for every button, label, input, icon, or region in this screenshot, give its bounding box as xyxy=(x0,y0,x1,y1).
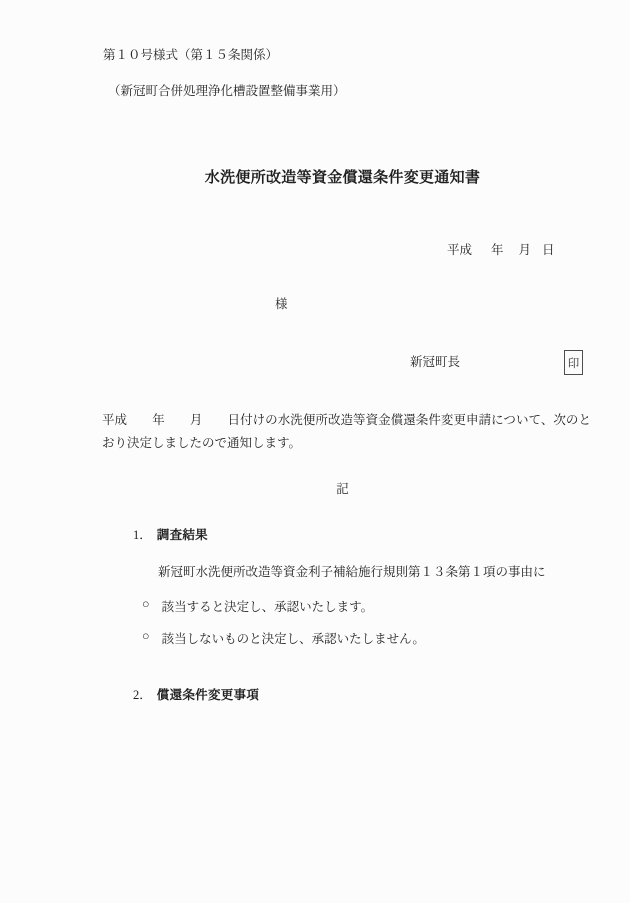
section1-number: 1． xyxy=(133,528,152,542)
form-usage-note: （新冠町合併処理浄化槽設置整備事業用） xyxy=(108,81,346,99)
section2-title: 償還条件変更事項 xyxy=(157,688,259,702)
section2-heading: 2．償還条件変更事項 xyxy=(133,685,259,703)
record-marker: 記 xyxy=(102,479,583,497)
seal-box: 印 xyxy=(564,350,583,375)
option-approve-row: ○ 該当すると決定し、承認いたします。 xyxy=(142,597,373,615)
section2-number: 2． xyxy=(133,688,152,702)
option-reject-text: 該当しないものと決定し、承認いたしません。 xyxy=(162,629,425,647)
document-title: 水洗便所改造等資金償還条件変更通知書 xyxy=(102,166,583,187)
option-approve-text: 該当すると決定し、承認いたします。 xyxy=(162,597,374,615)
notification-document-page: 第１０号様式（第１５条関係） （新冠町合併処理浄化槽設置整備事業用） 水洗便所改… xyxy=(0,0,630,903)
sender-title: 新冠町長 xyxy=(410,352,460,370)
month-label: 月 xyxy=(519,243,532,257)
circle-mark-icon: ○ xyxy=(142,629,150,647)
section1-intro: 新冠町水洗便所改造等資金利子補給施行規則第１３条第１項の事由に xyxy=(158,562,546,580)
issue-date-line: 平成年月日 xyxy=(447,240,555,258)
section1-heading: 1．調査結果 xyxy=(133,525,208,543)
era-label: 平成 xyxy=(447,243,472,257)
option-reject-row: ○ 該当しないものと決定し、承認いたしません。 xyxy=(142,629,425,647)
form-number: 第１０号様式（第１５条関係） xyxy=(103,45,278,63)
section1-title: 調査結果 xyxy=(157,528,208,542)
circle-mark-icon: ○ xyxy=(142,597,150,615)
body-paragraph: 平成 年 月 日付けの水洗便所改造等資金償還条件変更申請について、次のとおり決定… xyxy=(102,409,591,454)
year-label: 年 xyxy=(491,243,504,257)
day-label: 日 xyxy=(542,243,555,257)
addressee-honorific: 様 xyxy=(275,294,288,312)
seal-label: 印 xyxy=(568,355,580,371)
